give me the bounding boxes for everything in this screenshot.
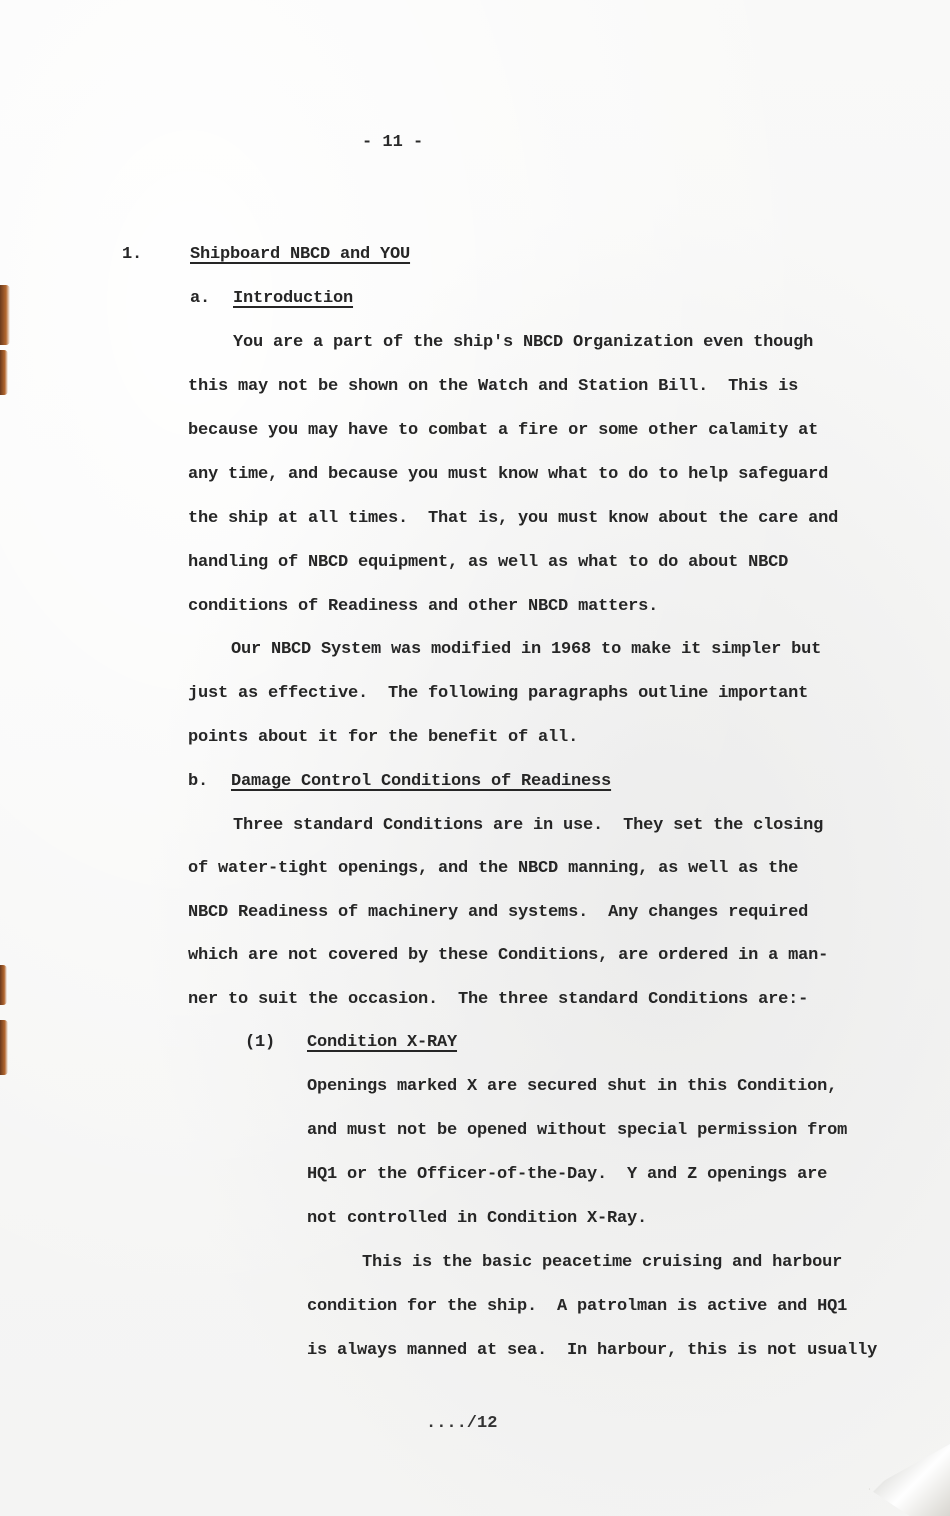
binding-mark xyxy=(0,285,10,345)
binding-mark xyxy=(0,1020,8,1075)
page-number: - 11 - xyxy=(362,133,423,152)
subsection-a-title: Introduction xyxy=(233,289,353,308)
paragraph-line: handling of NBCD equipment, as well as w… xyxy=(188,553,788,572)
paragraph-line: condition for the ship. A patrolman is a… xyxy=(307,1297,847,1316)
paragraph-line: is always manned at sea. In harbour, thi… xyxy=(307,1341,877,1360)
page-corner-fold xyxy=(869,1426,950,1516)
document-page: - 11 - 1. Shipboard NBCD and YOU a. Intr… xyxy=(0,0,950,1516)
paragraph-line: HQ1 or the Officer-of-the-Day. Y and Z o… xyxy=(307,1165,827,1184)
binding-mark xyxy=(0,965,7,1005)
paragraph-line: NBCD Readiness of machinery and systems.… xyxy=(188,903,808,922)
section-number: 1. xyxy=(122,245,142,264)
paragraph-line: Openings marked X are secured shut in th… xyxy=(307,1077,837,1096)
subsection-a-label: a. xyxy=(190,289,210,308)
condition-1-title: Condition X-RAY xyxy=(307,1033,457,1052)
paragraph-line: conditions of Readiness and other NBCD m… xyxy=(188,597,658,616)
paragraph-line: points about it for the benefit of all. xyxy=(188,728,578,747)
subsection-b-title: Damage Control Conditions of Readiness xyxy=(231,772,611,791)
paragraph-line: not controlled in Condition X-Ray. xyxy=(307,1209,647,1228)
paragraph-line: You are a part of the ship's NBCD Organi… xyxy=(233,333,813,352)
paragraph-line: this may not be shown on the Watch and S… xyxy=(188,377,798,396)
paragraph-line: and must not be opened without special p… xyxy=(307,1121,847,1140)
paragraph-line: any time, and because you must know what… xyxy=(188,465,828,484)
section-title: Shipboard NBCD and YOU xyxy=(190,245,410,264)
paragraph-line: just as effective. The following paragra… xyxy=(188,684,808,703)
paragraph-line: Three standard Conditions are in use. Th… xyxy=(233,816,823,835)
paragraph-line: This is the basic peacetime cruising and… xyxy=(362,1253,842,1272)
paragraph-line: because you may have to combat a fire or… xyxy=(188,421,818,440)
paragraph-line: the ship at all times. That is, you must… xyxy=(188,509,838,528)
paragraph-line: ner to suit the occasion. The three stan… xyxy=(188,990,808,1009)
paragraph-line: which are not covered by these Condition… xyxy=(188,946,828,965)
paragraph-line: of water-tight openings, and the NBCD ma… xyxy=(188,859,798,878)
condition-1-label: (1) xyxy=(245,1033,275,1052)
paragraph-line: Our NBCD System was modified in 1968 to … xyxy=(231,640,821,659)
subsection-b-label: b. xyxy=(188,772,208,791)
binding-mark xyxy=(0,350,8,395)
continuation-marker: ..../12 xyxy=(426,1414,497,1433)
